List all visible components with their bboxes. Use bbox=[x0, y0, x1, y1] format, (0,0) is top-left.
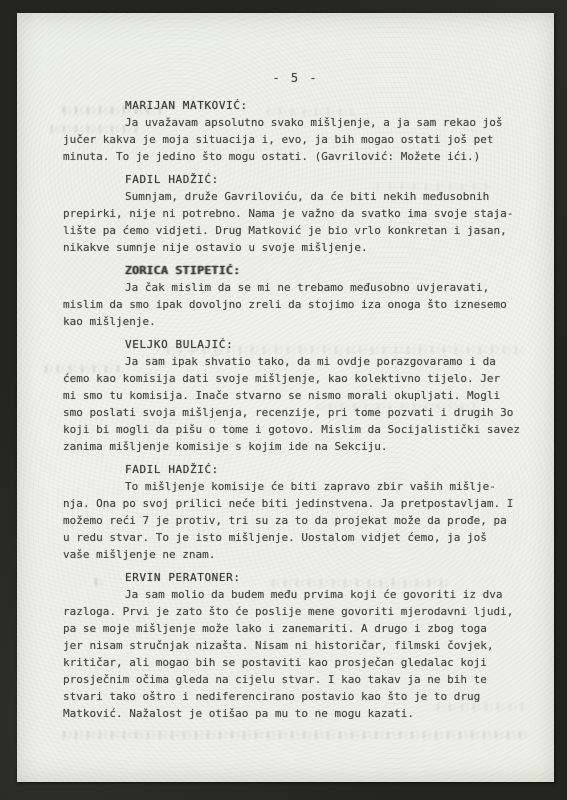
text-line: prepirki, nije ni potrebno. Nama je važn… bbox=[63, 205, 528, 222]
speaker-name: FADIL HADŽIĆ: bbox=[125, 171, 528, 188]
text-line: Matković. Nažalost je otišao pa mu to ne… bbox=[63, 705, 528, 722]
text-line: jer nisam stručnjak nizašta. Nisam ni hi… bbox=[63, 637, 528, 654]
text-line: Ja uvažavam apsolutno svako mišljenje, a… bbox=[63, 114, 528, 131]
speaker-name: ZORICA STIPETIĆ: bbox=[125, 262, 528, 279]
text-line: koji bi mogli da pišu o tome i gotovo. M… bbox=[63, 421, 528, 438]
speech-section: ZORICA STIPETIĆ:Ja čak mislim da se mi n… bbox=[63, 262, 528, 330]
speech-section: ERVIN PERATONER:Ja sam molio da budem me… bbox=[63, 569, 528, 722]
text-line: Sumnjam, druže Gavriloviću, da će biti n… bbox=[63, 188, 528, 205]
text-line: To mišljenje komisije će biti zapravo zb… bbox=[63, 478, 528, 495]
speech-paragraph: Ja čak mislim da se mi ne trebamo međuso… bbox=[63, 279, 528, 330]
speech-section: FADIL HADŽIĆ:Sumnjam, druže Gavriloviću,… bbox=[63, 171, 528, 256]
text-line: kao mišljenje. bbox=[63, 313, 528, 330]
text-line: stvari tako oštro i nediferencirano post… bbox=[63, 688, 528, 705]
text-line: Ja čak mislim da se mi ne trebamo međuso… bbox=[63, 279, 528, 296]
speaker-name: ERVIN PERATONER: bbox=[125, 569, 528, 586]
text-line: mislim da smo ipak dovoljno zreli da sto… bbox=[63, 296, 528, 313]
speaker-name: VELJKO BULAJIĆ: bbox=[125, 336, 528, 353]
text-line: pa se moje mišljenje može lako i zanemar… bbox=[63, 620, 528, 637]
speech-paragraph: Ja sam ipak shvatio tako, da mi ovdje po… bbox=[63, 353, 528, 455]
text-line: ćemo kao komisija dati svoje mišljenje, … bbox=[63, 370, 528, 387]
speaker-name: FADIL HADŽIĆ: bbox=[125, 461, 528, 478]
text-line: prosječnim očima gleda na cijelu stvar. … bbox=[63, 671, 528, 688]
ghost-smudge bbox=[63, 731, 529, 739]
text-line: razloga. Prvi je zato što će poslije men… bbox=[63, 603, 528, 620]
text-line: u redu stvar. To je isto mišljenje. Uost… bbox=[63, 529, 528, 546]
speech-section: MARIJAN MATKOVIĆ:Ja uvažavam apsolutno s… bbox=[63, 97, 528, 165]
text-line: možemo reći 7 je protiv, tri su za to da… bbox=[63, 512, 528, 529]
text-line: zanima mišljenje komisije s kojim ide na… bbox=[63, 438, 528, 455]
text-line: Ja sam ipak shvatio tako, da mi ovdje po… bbox=[63, 353, 528, 370]
speech-paragraph: Ja uvažavam apsolutno svako mišljenje, a… bbox=[63, 114, 528, 165]
text-line: smo poslati svoja mišljenja, recenzije, … bbox=[63, 404, 528, 421]
speaker-name: MARIJAN MATKOVIĆ: bbox=[125, 97, 528, 114]
text-line: nikakve sumnje nije ostavio u svoje mišl… bbox=[63, 239, 528, 256]
speech-section: VELJKO BULAJIĆ:Ja sam ipak shvatio tako,… bbox=[63, 336, 528, 455]
speech-paragraph: Ja sam molio da budem među prvima koji ć… bbox=[63, 586, 528, 722]
text-line: minuta. To je jedino što mogu ostati. (G… bbox=[63, 148, 528, 165]
text-line: jučer kakva je moja situacija i, evo, ja… bbox=[63, 131, 528, 148]
text-line: Ja sam molio da budem među prvima koji ć… bbox=[63, 586, 528, 603]
speech-section: FADIL HADŽIĆ:To mišljenje komisije će bi… bbox=[63, 461, 528, 563]
text-line: vaše mišljenje ne znam. bbox=[63, 546, 528, 563]
scanner-background: - 5 - MARIJAN MATKOVIĆ:Ja uvažavam apsol… bbox=[0, 0, 567, 800]
speech-paragraph: Sumnjam, druže Gavriloviću, da će biti n… bbox=[63, 188, 528, 256]
speech-paragraph: To mišljenje komisije će biti zapravo zb… bbox=[63, 478, 528, 563]
document-page: - 5 - MARIJAN MATKOVIĆ:Ja uvažavam apsol… bbox=[17, 13, 554, 782]
text-line: lište pa ćemo vidjeti. Drug Matković je … bbox=[63, 222, 528, 239]
text-line: kritičar, ali mogao bih se postaviti kao… bbox=[63, 654, 528, 671]
text-line: nja. Ona po svoj prilici neće biti jedin… bbox=[63, 495, 528, 512]
text-line: mi smo tu komisija. Inače stvarno se nis… bbox=[63, 387, 528, 404]
document-body: MARIJAN MATKOVIĆ:Ja uvažavam apsolutno s… bbox=[63, 97, 528, 722]
page-number: - 5 - bbox=[63, 71, 528, 85]
